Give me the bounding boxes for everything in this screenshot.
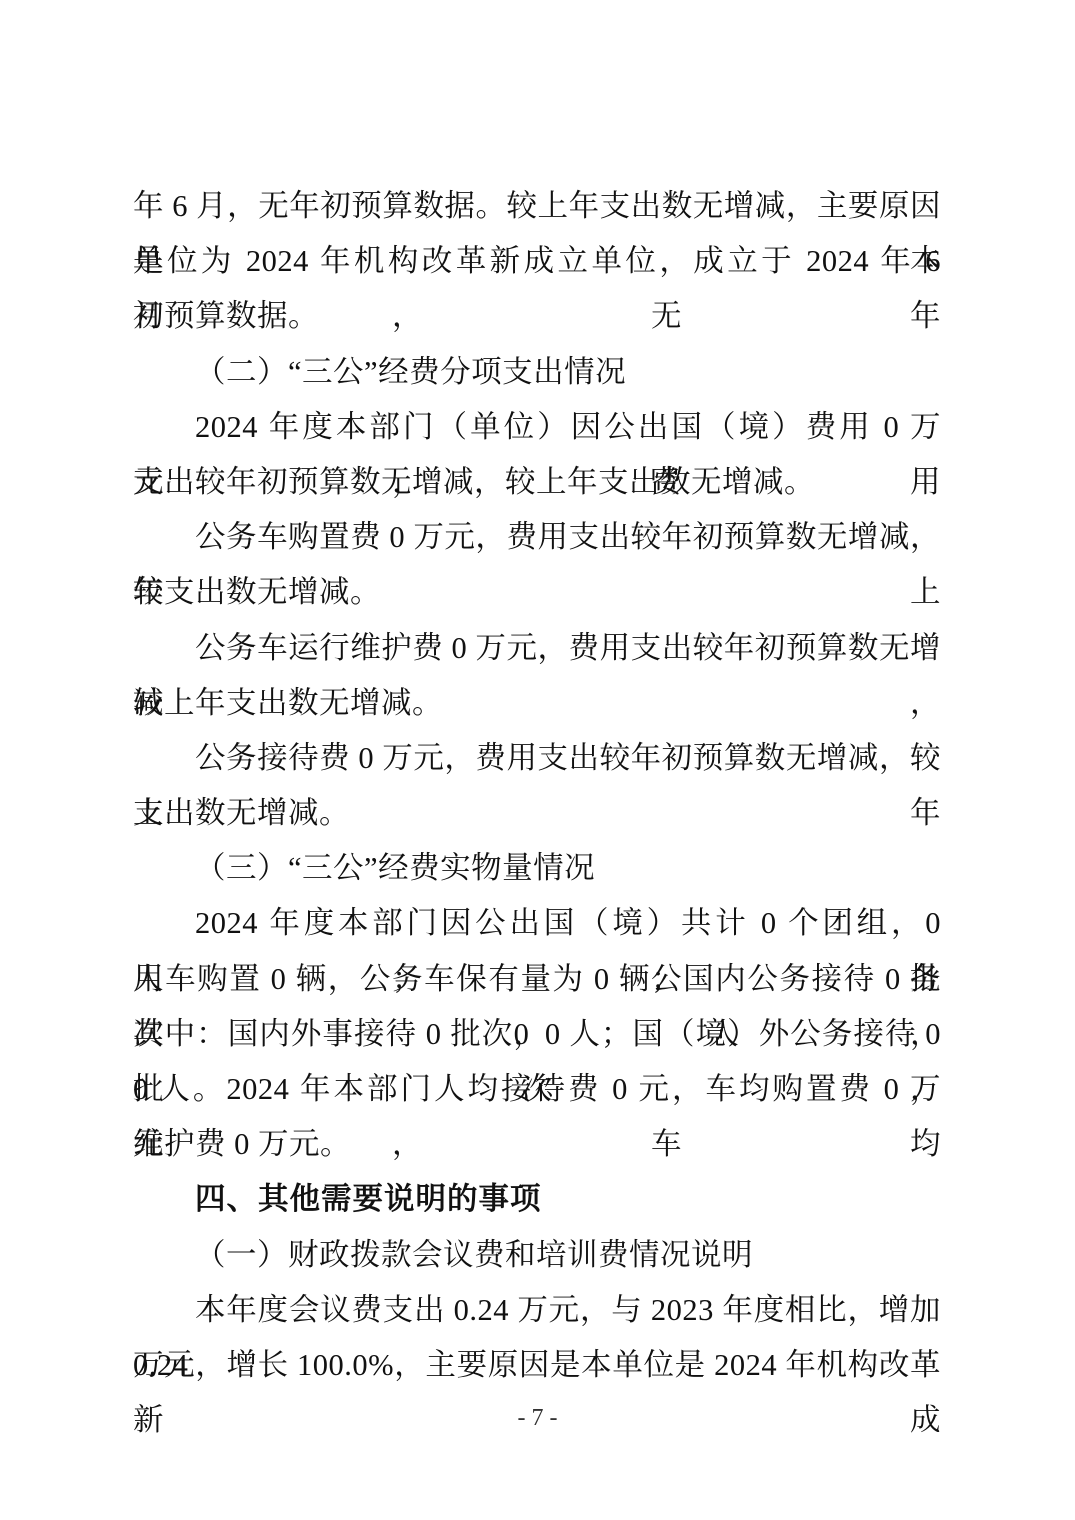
body-line: 用车购置 0 辆，公务车保有量为 0 辆；国内公务接待 0 批次 0 人， (133, 952, 941, 1007)
document-page: 年 6 月，无年初预算数据。较上年支出数无增减，主要原因是本 单位为 2024 … (0, 0, 1075, 1520)
section-heading: 四、其他需要说明的事项 (133, 1172, 941, 1227)
body-line: 公务车购置费 0 万元，费用支出较年初预算数无增减，较上 (133, 510, 941, 565)
subheading-line: （三）“三公”经费实物量情况 (133, 841, 941, 896)
body-line: 2024 年度本部门因公出国（境）共计 0 个团组，0 人；公务 (133, 896, 941, 951)
body-line: 2024 年度本部门（单位）因公出国（境）费用 0 万元，费用 (133, 400, 941, 455)
subheading-line: （一）财政拨款会议费和培训费情况说明 (133, 1228, 941, 1283)
document-body: 年 6 月，无年初预算数据。较上年支出数无增减，主要原因是本 单位为 2024 … (133, 179, 941, 1393)
body-line: 其中：国内外事接待 0 批次，0 人；国（境）外公务接待 0 批次， (133, 1007, 941, 1062)
body-line: 单位为 2024 年机构改革新成立单位，成立于 2024 年 6 月，无年 (133, 234, 941, 289)
page-number: - 7 - (0, 1398, 1075, 1438)
body-line: 本年度会议费支出 0.24 万元，与 2023 年度相比，增加 0.24 (133, 1283, 941, 1338)
body-line: 年 6 月，无年初预算数据。较上年支出数无增减，主要原因是本 (133, 179, 941, 234)
body-line: 公务车运行维护费 0 万元，费用支出较年初预算数无增减， (133, 621, 941, 676)
subheading-line: （二）“三公”经费分项支出情况 (133, 345, 941, 400)
body-line: 0 人。2024 年本部门人均接待费 0 元，车均购置费 0 万元，车均 (133, 1062, 941, 1117)
body-line: 万元，增长 100.0%，主要原因是本单位是 2024 年机构改革新成 (133, 1338, 941, 1393)
body-line: 公务接待费 0 万元，费用支出较年初预算数无增减，较上年 (133, 731, 941, 786)
